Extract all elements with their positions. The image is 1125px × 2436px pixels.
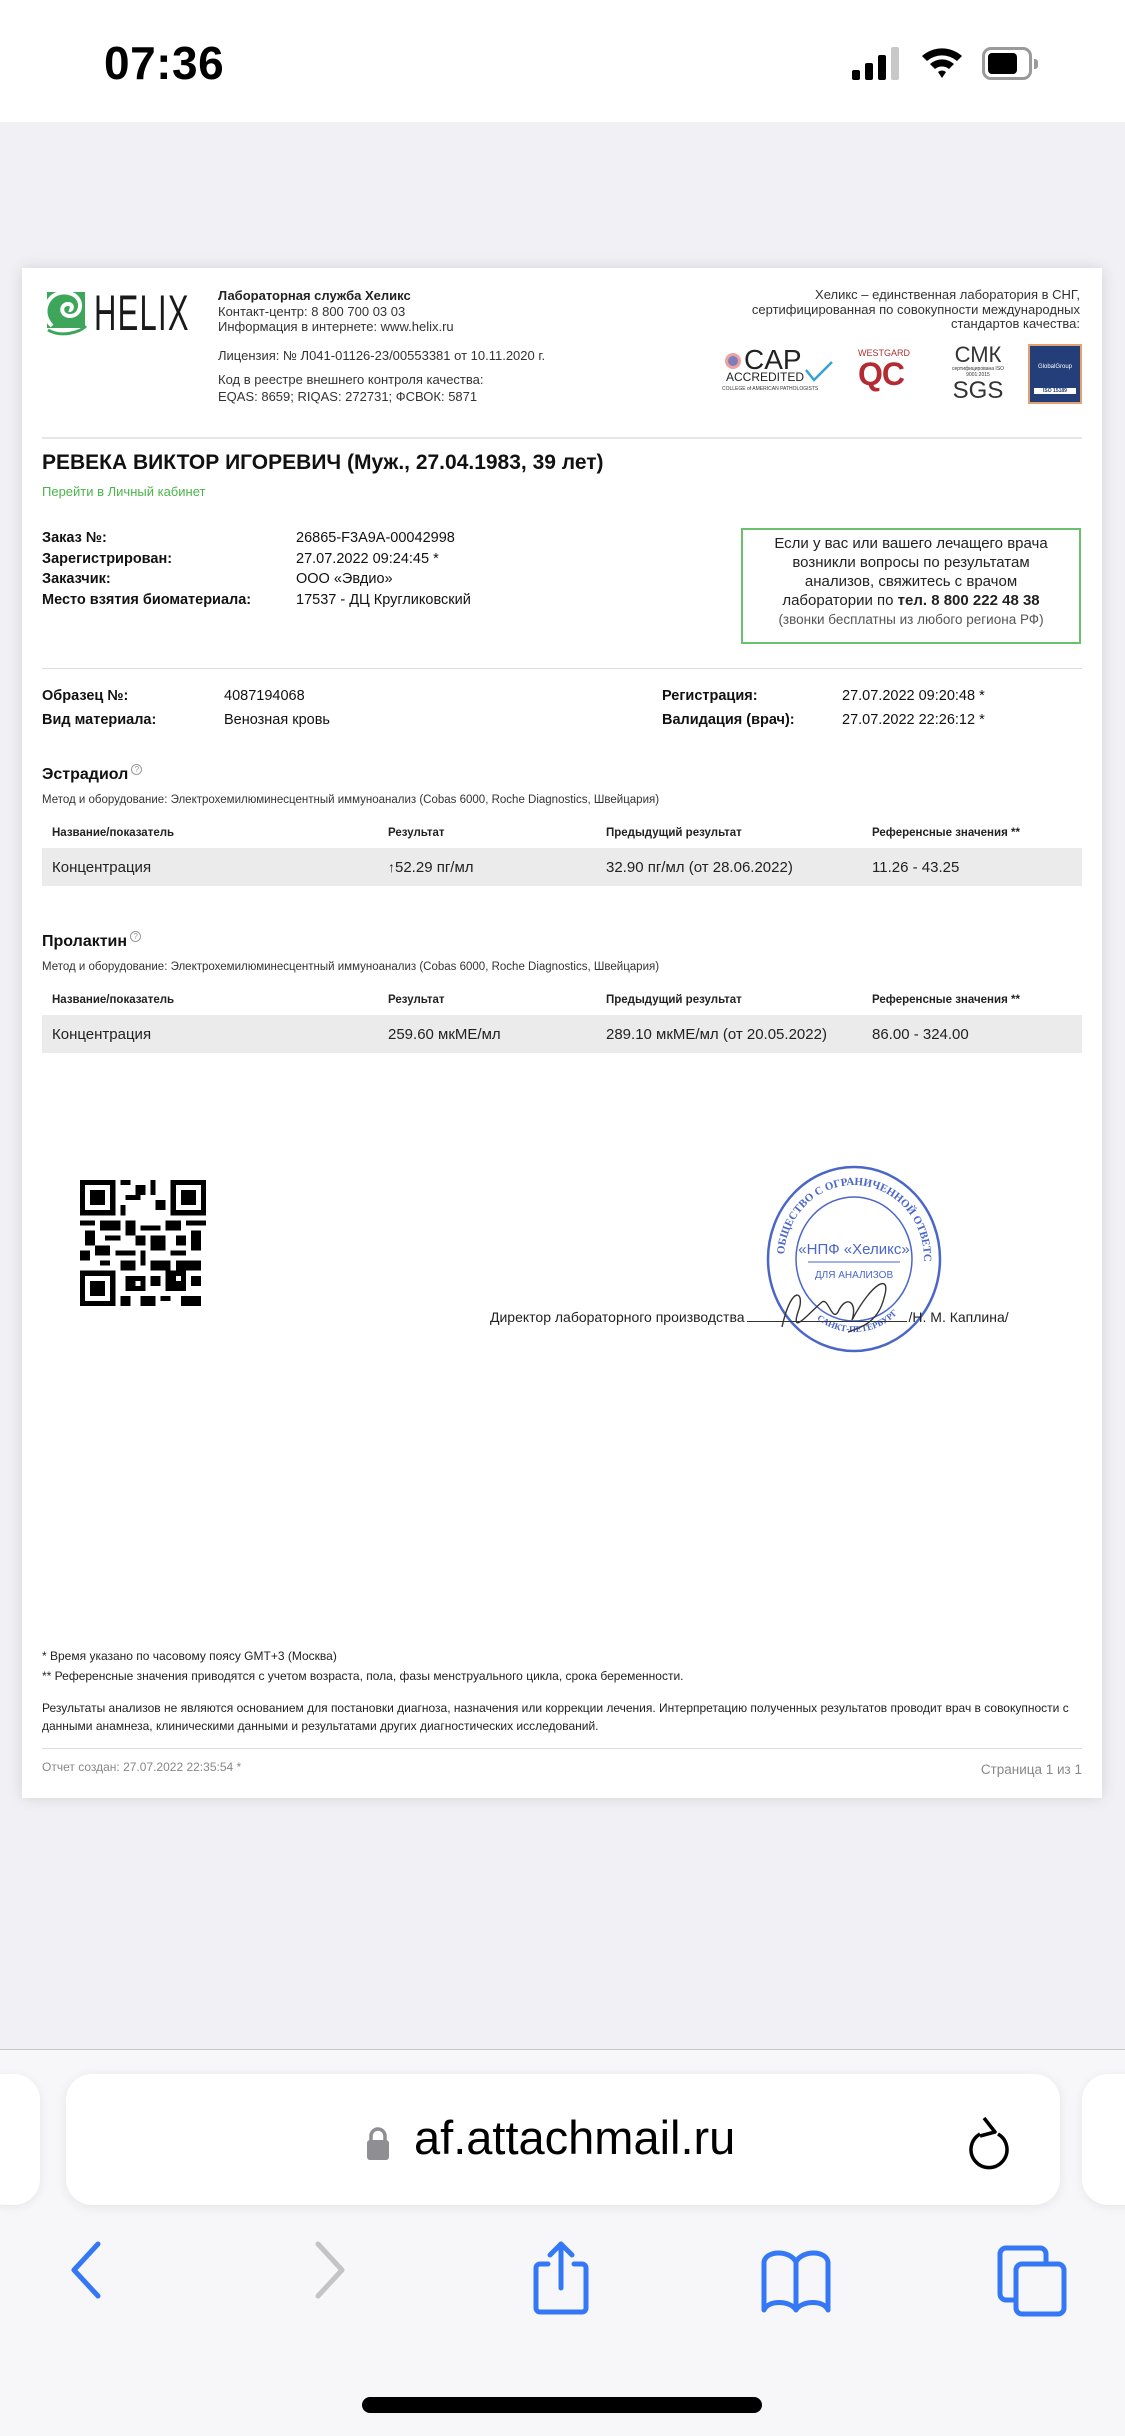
section-divider [42,668,1082,669]
result-value: 259.60 мкМЕ/мл [388,1026,501,1043]
footer-divider [42,1748,1082,1749]
reload-icon[interactable] [964,2114,1016,2170]
table-row: Концентрация ↑52.29 пг/мл 32.90 пг/мл (о… [42,848,1082,886]
registry-title: Код в реестре внешнего контроля качества… [218,371,483,388]
sample-row: Валидация (врач):27.07.2022 22:26:12 * [662,708,985,732]
doctor-contact-box: Если у вас или вашего лечащего врача воз… [741,528,1081,644]
order-value: 26865-F3A9A-00042998 [296,528,455,549]
sample-label: Образец №: [42,684,224,708]
contact-line: Если у вас или вашего лечащего врача [743,534,1079,553]
sample-label: Регистрация: [662,684,842,708]
cap-dots-icon [724,352,742,370]
sgs-name: SGS [950,378,1006,404]
arrow-up-icon: ↑ [388,859,395,875]
sample-value: 4087194068 [224,684,305,708]
home-indicator[interactable] [362,2397,762,2413]
order-row: Заказчик:ООО «Эвдио» [42,569,471,590]
row-result: 259.60 мкМЕ/мл [388,1026,606,1043]
page-number: Страница 1 из 1 [981,1762,1082,1777]
header-divider [42,437,1082,439]
order-value: 27.07.2022 09:24:45 * [296,549,439,570]
help-icon[interactable]: ? [130,931,141,942]
helix-logo-icon [42,286,90,336]
order-value: ООО «Эвдио» [296,569,393,590]
cellular-signal-icon [852,46,902,80]
test-name: Эстрадиол [42,766,128,783]
row-name: Концентрация [52,1026,388,1043]
cert-line: стандартов качества: [700,317,1080,332]
col-result: Результат [388,994,606,1006]
cap-caption: COLLEGE of AMERICAN PATHOLOGISTS [722,386,818,392]
table-header: Название/показатель Результат Предыдущий… [42,818,1082,848]
order-label: Заказчик: [42,569,296,590]
tabs-icon [1000,2248,1064,2314]
footnote-reference: ** Референсные значения приводятся с уче… [42,1666,684,1686]
col-reference: Референсные значения ** [872,994,1082,1006]
row-reference: 86.00 - 324.00 [872,1026,1082,1043]
row-reference: 11.26 - 43.25 [872,859,1082,876]
row-result: ↑52.29 пг/мл [388,859,606,876]
company-stamp: ОБЩЕСТВО С ОГРАНИЧЕННОЙ ОТВЕТСТВЕННОСТЬЮ… [762,1162,946,1356]
lab-title: Лабораторная служба Хеликс [218,288,411,303]
table-header: Название/показатель Результат Предыдущий… [42,985,1082,1015]
results-table: Название/показатель Результат Предыдущий… [42,818,1082,886]
iso-15189: ISO 15189 [1034,388,1076,394]
book-icon [764,2253,828,2310]
westgard-qc: QC [858,358,904,390]
smk-sgs-logo: СМК сертифицирована ISO 9001:2015 SGS [950,344,1006,408]
stamp-center-sub: ДЛЯ АНАЛИЗОВ [815,1270,894,1281]
contact-line: возникли вопросы по результатам [743,553,1079,572]
share-button[interactable] [530,2240,592,2316]
sample-value: Венозная кровь [224,708,330,732]
lab-info: Лабораторная служба Хеликс Контакт-центр… [218,288,454,335]
test-method: Метод и оборудование: Электрохемилюминес… [42,794,1082,806]
order-label: Заказ №: [42,528,296,549]
report-created: Отчет создан: 27.07.2022 22:35:54 * [42,1760,241,1774]
tabs-button[interactable] [996,2244,1068,2318]
brand-name: HELIX [94,284,190,342]
test-section-estradiol: Эстрадиол? Метод и оборудование: Электро… [42,764,1082,886]
order-label: Место взятия биоматериала: [42,590,296,611]
lab-report-page: HELIX Лабораторная служба Хеликс Контакт… [22,268,1102,1798]
lab-contact: Контакт-центр: 8 800 700 03 03 [218,304,454,320]
contact-line: анализов, свяжитесь с врачом [743,572,1079,591]
col-reference: Референсные значения ** [872,827,1082,839]
order-details: Заказ №:26865-F3A9A-00042998 Зарегистрир… [42,528,471,610]
sample-row: Регистрация:27.07.2022 09:20:48 * [662,684,985,708]
bookmarks-button[interactable] [760,2248,832,2314]
globalgroup-name: GlobalGroup [1030,364,1080,370]
forward-chevron-icon [318,2244,342,2296]
row-previous: 32.90 пг/мл (от 28.06.2022) [606,859,872,876]
order-value: 17537 - ДЦ Кругликовский [296,590,471,611]
cap-logo: CAP ACCREDITED COLLEGE of AMERICAN PATHO… [722,346,834,396]
contact-line: лаборатории по тел. 8 800 222 48 38 [743,591,1079,610]
url-text[interactable]: af.attachmail.ru [414,2110,735,2165]
certification-logos: CAP ACCREDITED COLLEGE of AMERICAN PATHO… [722,346,1084,408]
cert-line: сертифицированная по совокупности междун… [700,303,1080,318]
row-name: Концентрация [52,859,388,876]
smk-name: СМК [950,344,1006,366]
disclaimer: Результаты анализов не являются основани… [42,1699,1082,1735]
address-bar[interactable]: af.attachmail.ru [66,2074,1060,2205]
battery-icon [982,47,1032,80]
cert-line: Хеликс – единственная лаборатория в СНГ, [700,288,1080,303]
sample-row: Вид материала:Венозная кровь [42,708,330,732]
table-row: Концентрация 259.60 мкМЕ/мл 289.10 мкМЕ/… [42,1015,1082,1053]
stamp-center-text: «НПФ «Хеликс» [798,1241,909,1258]
patient-name: РЕВЕКА ВИКТОР ИГОРЕВИЧ (Муж., 27.04.1983… [42,451,604,475]
checkmark-icon [804,360,834,382]
col-name: Название/показатель [52,994,388,1006]
next-tab-peek[interactable] [1082,2074,1125,2205]
certification-text: Хеликс – единственная лаборатория в СНГ,… [700,288,1080,332]
results-table: Название/показатель Результат Предыдущий… [42,985,1082,1053]
col-previous: Предыдущий результат [606,827,872,839]
personal-cabinet-link[interactable]: Перейти в Личный кабинет [42,484,205,499]
footnotes: * Время указано по часовому поясу GMT+3 … [42,1646,684,1686]
contact-prefix: лаборатории по [782,592,897,609]
lock-icon [366,2126,390,2160]
back-chevron-icon [74,2244,98,2296]
lab-license: Лицензия: № Л041-01126-23/00553381 от 10… [218,348,545,363]
order-row: Заказ №:26865-F3A9A-00042998 [42,528,471,549]
test-title: Пролактин? [42,931,1082,951]
test-section-prolactin: Пролактин? Метод и оборудование: Электро… [42,931,1082,1053]
order-row: Место взятия биоматериала:17537 - ДЦ Кру… [42,590,471,611]
test-title: Эстрадиол? [42,764,1082,784]
registry-codes: EQAS: 8659; RIQAS: 272731; ФСВОК: 5871 [218,388,483,405]
result-value: 52.29 пг/мл [395,859,474,876]
status-bar: 07:36 [0,0,1125,122]
signatory-name: /Н. М. Каплина/ [909,1309,1009,1325]
sample-dates: Регистрация:27.07.2022 09:20:48 * Валида… [662,684,985,732]
lab-web: Информация в интернете: www.helix.ru [218,319,454,335]
sample-label: Вид материала: [42,708,224,732]
back-button[interactable] [66,2240,106,2302]
wifi-icon [920,44,964,80]
qr-code [80,1180,206,1306]
footnote-timezone: * Время указано по часовому поясу GMT+3 … [42,1646,684,1666]
signature-line: Директор лабораторного производства/Н. М… [490,1309,1009,1325]
row-previous: 289.10 мкМЕ/мл (от 20.05.2022) [606,1026,872,1043]
sample-value: 27.07.2022 22:26:12 * [842,708,985,732]
test-method: Метод и оборудование: Электрохемилюминес… [42,961,1082,973]
doctor-phone: тел. 8 800 222 48 38 [898,592,1040,609]
test-name: Пролактин [42,933,127,950]
westgard-logo: WESTGARD QC [856,346,920,396]
sample-info: Образец №:4087194068 Вид материала:Веноз… [42,684,330,732]
col-name: Название/показатель [52,827,388,839]
order-row: Зарегистрирован:27.07.2022 09:24:45 * [42,549,471,570]
sample-label: Валидация (врач): [662,708,842,732]
forward-button[interactable] [310,2240,350,2302]
globalgroup-logo: GlobalGroup ISO 15189 [1028,344,1082,404]
share-icon [536,2244,586,2312]
cap-sub: ACCREDITED [726,370,804,384]
sample-row: Образец №:4087194068 [42,684,330,708]
sample-value: 27.07.2022 09:20:48 * [842,684,985,708]
status-time: 07:36 [104,36,224,90]
signature-underline [747,1321,907,1322]
col-result: Результат [388,827,606,839]
contact-note: (звонки бесплатны из любого региона РФ) [743,610,1079,629]
helix-logo: HELIX [42,286,192,336]
previous-tab-peek[interactable] [0,2074,40,2205]
signature-label: Директор лабораторного производства [490,1309,745,1325]
col-previous: Предыдущий результат [606,994,872,1006]
order-label: Зарегистрирован: [42,549,296,570]
lab-registry: Код в реестре внешнего контроля качества… [218,371,483,405]
help-icon[interactable]: ? [131,764,142,775]
